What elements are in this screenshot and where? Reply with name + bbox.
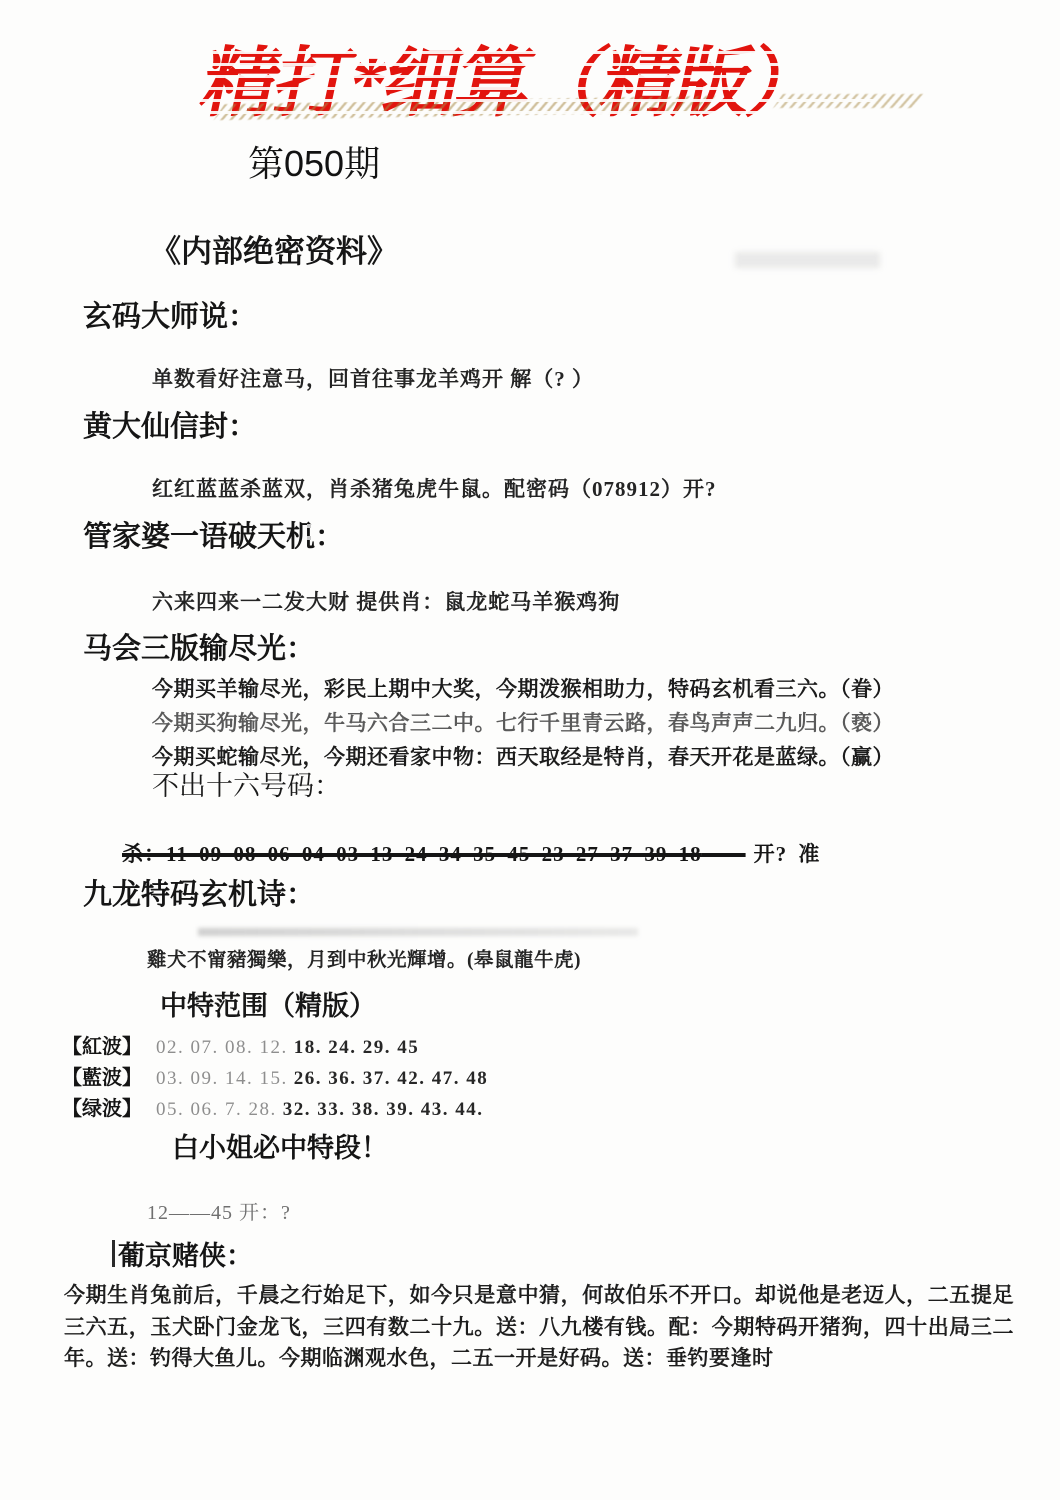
section-heading-sixteen-numbers: 不出十六号码： [152,764,341,803]
kill-label: 杀： [122,842,166,866]
section-heading-gambler: 葡京赌侠： [118,1234,253,1273]
jockey-club-verses: 今期买羊输尽光，彩民上期中大奖，今期泼猴相助力，特码玄机看三六。（眷） 今期买狗… [152,672,894,774]
jockey-verse-line: 今期买羊输尽光，彩民上期中大奖，今期泼猴相助力，特码玄机看三六。（眷） [152,672,894,706]
wave-color-table: 【紅波】 02. 07. 08. 12. 18. 24. 29. 45 【藍波】… [62,1032,488,1125]
ghost-mark-decoration [307,524,311,528]
wave-row-green: 【绿波】 05. 06. 7. 28. 32. 33. 38. 39. 43. … [62,1094,488,1125]
gambler-verse-paragraph: 今期生肖兔前后，千晨之行始足下，如今只是意中猜，何故伯乐不开口。却说他是老迈人，… [64,1280,1014,1375]
envelope-quote: 红红蓝蓝杀蓝双，肖杀猪兔虎牛鼠。配密码（078912）开? [152,473,717,503]
smudge-decoration [735,252,880,268]
wave-numbers: 18. 24. 29. 45 [294,1032,420,1063]
wave-row-blue: 【藍波】 03. 09. 14. 15. 26. 36. 37. 42. 47.… [62,1063,488,1094]
strike-extension: —— [702,842,746,866]
scribble-decoration [773,94,923,108]
tip-sheet-page: 精打*细算（精版） 第050期 《内部绝密资料》 玄码大师说： 单数看好注意马，… [0,0,1060,1500]
dragon-poem: 雞犬不甯豬獨樂，月到中秋光輝增。(皋鼠龍牛虎) [147,944,581,972]
section-heading-master: 玄码大师说： [83,294,257,335]
kill-result: 开? 准 [754,842,821,866]
wave-numbers: 32. 33. 38. 39. 43. 44. [283,1094,484,1125]
section-heading-housekeeper: 管家婆一语破天机： [83,514,344,555]
wave-row-red: 【紅波】 02. 07. 08. 12. 18. 24. 29. 45 [62,1032,488,1063]
cut-character-mark [112,1240,115,1267]
special-segment-range: 12——45 开：? [147,1196,291,1225]
killed-numbers-line: 杀：11 09 08 06 04 03 13 24 34 35 45 23 27… [122,838,820,868]
wave-label-green: 【绿波】 [62,1094,142,1125]
smudge-decoration [198,928,638,936]
killed-numbers: 11 09 08 06 04 03 13 24 34 35 45 23 27 3… [166,842,702,866]
wave-label-blue: 【藍波】 [62,1063,142,1094]
section-heading-envelope: 黄大仙信封： [83,404,257,445]
wave-numbers: 02. 07. 08. 12. [156,1032,288,1063]
issue-number: 第050期 [248,136,380,187]
wave-label-red: 【紅波】 [62,1032,142,1063]
doc-subtitle: 《内部绝密资料》 [150,226,398,271]
section-heading-special-range: 中特范围（精版） [160,984,376,1023]
section-heading-jockey-club: 马会三版输尽光： [83,626,315,667]
section-heading-miss-white: 白小姐必中特段！ [172,1126,388,1165]
jockey-verse-line: 今期买狗输尽光，牛马六合三二中。七行千里青云路，春鸟声声二九归。（亵） [152,706,894,740]
wave-numbers: 03. 09. 14. 15. [156,1063,288,1094]
section-heading-dragon-poem: 九龙特码玄机诗： [83,872,315,913]
housekeeper-quote: 六来四来一二发大财 提供肖：鼠龙蛇马羊猴鸡狗 [152,586,620,616]
master-quote: 单数看好注意马，回首往事龙羊鸡开 解（? ） [152,363,594,393]
wave-numbers: 05. 06. 7. 28. [156,1094,277,1125]
wave-numbers: 26. 36. 37. 42. 47. 48 [294,1063,489,1094]
